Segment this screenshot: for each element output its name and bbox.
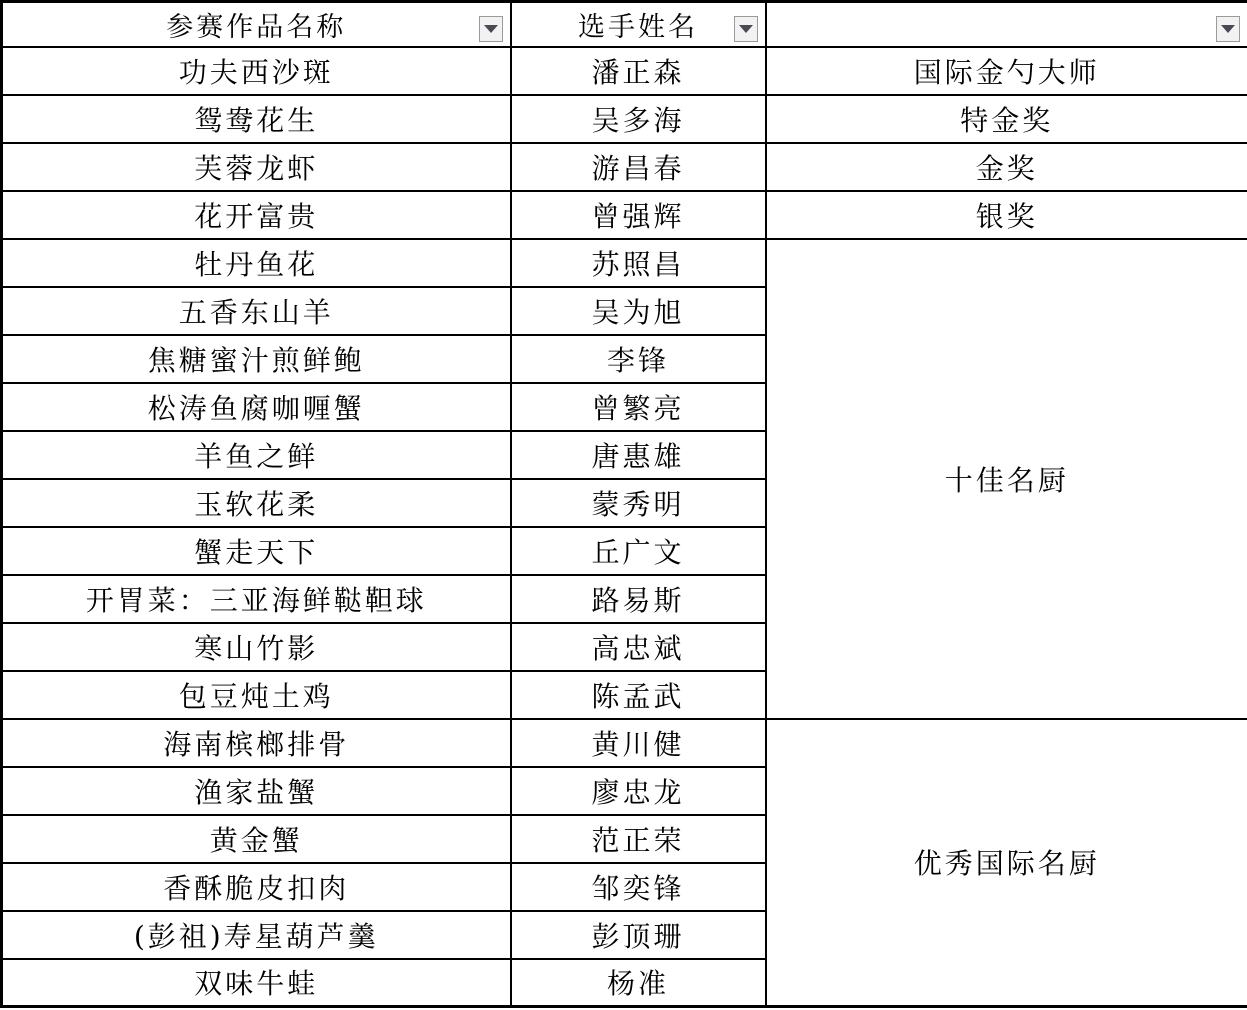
dish-cell[interactable]: (彭祖)寿星葫芦羹 <box>2 911 511 959</box>
chef-cell[interactable]: 黄川健 <box>511 719 766 767</box>
triangle-down-icon <box>484 25 498 33</box>
dish-cell[interactable]: 海南槟榔排骨 <box>2 719 511 767</box>
chef-cell[interactable]: 吴为旭 <box>511 287 766 335</box>
chef-cell[interactable]: 李锋 <box>511 335 766 383</box>
chef-cell[interactable]: 丘广文 <box>511 527 766 575</box>
dish-cell[interactable]: 包豆炖土鸡 <box>2 671 511 719</box>
chef-cell[interactable]: 高忠斌 <box>511 623 766 671</box>
table-row: 芙蓉龙虾游昌春金奖 <box>2 143 1247 191</box>
filter-dropdown-icon[interactable] <box>1216 16 1240 42</box>
dish-cell[interactable]: 羊鱼之鲜 <box>2 431 511 479</box>
award-cell[interactable]: 银奖 <box>766 191 1247 239</box>
dish-cell[interactable]: 玉软花柔 <box>2 479 511 527</box>
column-header-chef-label: 选手姓名 <box>578 12 698 43</box>
column-header-chef[interactable]: 选手姓名 <box>511 2 766 47</box>
chef-cell[interactable]: 杨准 <box>511 959 766 1007</box>
chef-cell[interactable]: 陈孟武 <box>511 671 766 719</box>
chef-cell[interactable]: 苏照昌 <box>511 239 766 287</box>
column-header-award[interactable] <box>766 2 1247 47</box>
award-cell[interactable]: 国际金勺大师 <box>766 47 1247 95</box>
award-cell[interactable]: 特金奖 <box>766 95 1247 143</box>
chef-cell[interactable]: 游昌春 <box>511 143 766 191</box>
filter-dropdown-icon[interactable] <box>734 16 758 42</box>
chef-cell[interactable]: 蒙秀明 <box>511 479 766 527</box>
dish-cell[interactable]: 松涛鱼腐咖喱蟹 <box>2 383 511 431</box>
table-row: 功夫西沙斑潘正森国际金勺大师 <box>2 47 1247 95</box>
dish-cell[interactable]: 五香东山羊 <box>2 287 511 335</box>
chef-cell[interactable]: 路易斯 <box>511 575 766 623</box>
chef-cell[interactable]: 彭顶珊 <box>511 911 766 959</box>
triangle-down-icon <box>739 25 753 33</box>
award-cell[interactable]: 金奖 <box>766 143 1247 191</box>
awards-table: 参赛作品名称 选手姓名 功夫西沙斑潘正森国际金勺大师鸳鸯花生吴多海特金奖芙蓉龙虾… <box>0 0 1247 1008</box>
chef-cell[interactable]: 唐惠雄 <box>511 431 766 479</box>
table-row: 牡丹鱼花苏照昌十佳名厨 <box>2 239 1247 287</box>
dish-cell[interactable]: 渔家盐蟹 <box>2 767 511 815</box>
header-row: 参赛作品名称 选手姓名 <box>2 2 1247 47</box>
dish-cell[interactable]: 双味牛蛙 <box>2 959 511 1007</box>
table-row: 鸳鸯花生吴多海特金奖 <box>2 95 1247 143</box>
chef-cell[interactable]: 曾繁亮 <box>511 383 766 431</box>
dish-cell[interactable]: 黄金蟹 <box>2 815 511 863</box>
dish-cell[interactable]: 花开富贵 <box>2 191 511 239</box>
table-row: 海南槟榔排骨黄川健优秀国际名厨 <box>2 719 1247 767</box>
dish-cell[interactable]: 寒山竹影 <box>2 623 511 671</box>
dish-cell[interactable]: 牡丹鱼花 <box>2 239 511 287</box>
spreadsheet: 参赛作品名称 选手姓名 功夫西沙斑潘正森国际金勺大师鸳鸯花生吴多海特金奖芙蓉龙虾… <box>0 0 1247 1008</box>
triangle-down-icon <box>1221 25 1235 33</box>
dish-cell[interactable]: 焦糖蜜汁煎鲜鲍 <box>2 335 511 383</box>
dish-cell[interactable]: 开胃菜：三亚海鲜鞑靼球 <box>2 575 511 623</box>
chef-cell[interactable]: 廖忠龙 <box>511 767 766 815</box>
chef-cell[interactable]: 吴多海 <box>511 95 766 143</box>
dish-cell[interactable]: 蟹走天下 <box>2 527 511 575</box>
dish-cell[interactable]: 功夫西沙斑 <box>2 47 511 95</box>
column-header-dish[interactable]: 参赛作品名称 <box>2 2 511 47</box>
award-cell[interactable]: 优秀国际名厨 <box>766 719 1247 1007</box>
chef-cell[interactable]: 潘正森 <box>511 47 766 95</box>
table-body: 功夫西沙斑潘正森国际金勺大师鸳鸯花生吴多海特金奖芙蓉龙虾游昌春金奖花开富贵曾强辉… <box>2 47 1247 1007</box>
table-row: 花开富贵曾强辉银奖 <box>2 191 1247 239</box>
chef-cell[interactable]: 邹奕锋 <box>511 863 766 911</box>
column-header-dish-label: 参赛作品名称 <box>166 12 346 43</box>
dish-cell[interactable]: 芙蓉龙虾 <box>2 143 511 191</box>
dish-cell[interactable]: 鸳鸯花生 <box>2 95 511 143</box>
filter-dropdown-icon[interactable] <box>479 16 503 42</box>
award-cell[interactable]: 十佳名厨 <box>766 239 1247 719</box>
chef-cell[interactable]: 曾强辉 <box>511 191 766 239</box>
chef-cell[interactable]: 范正荣 <box>511 815 766 863</box>
dish-cell[interactable]: 香酥脆皮扣肉 <box>2 863 511 911</box>
